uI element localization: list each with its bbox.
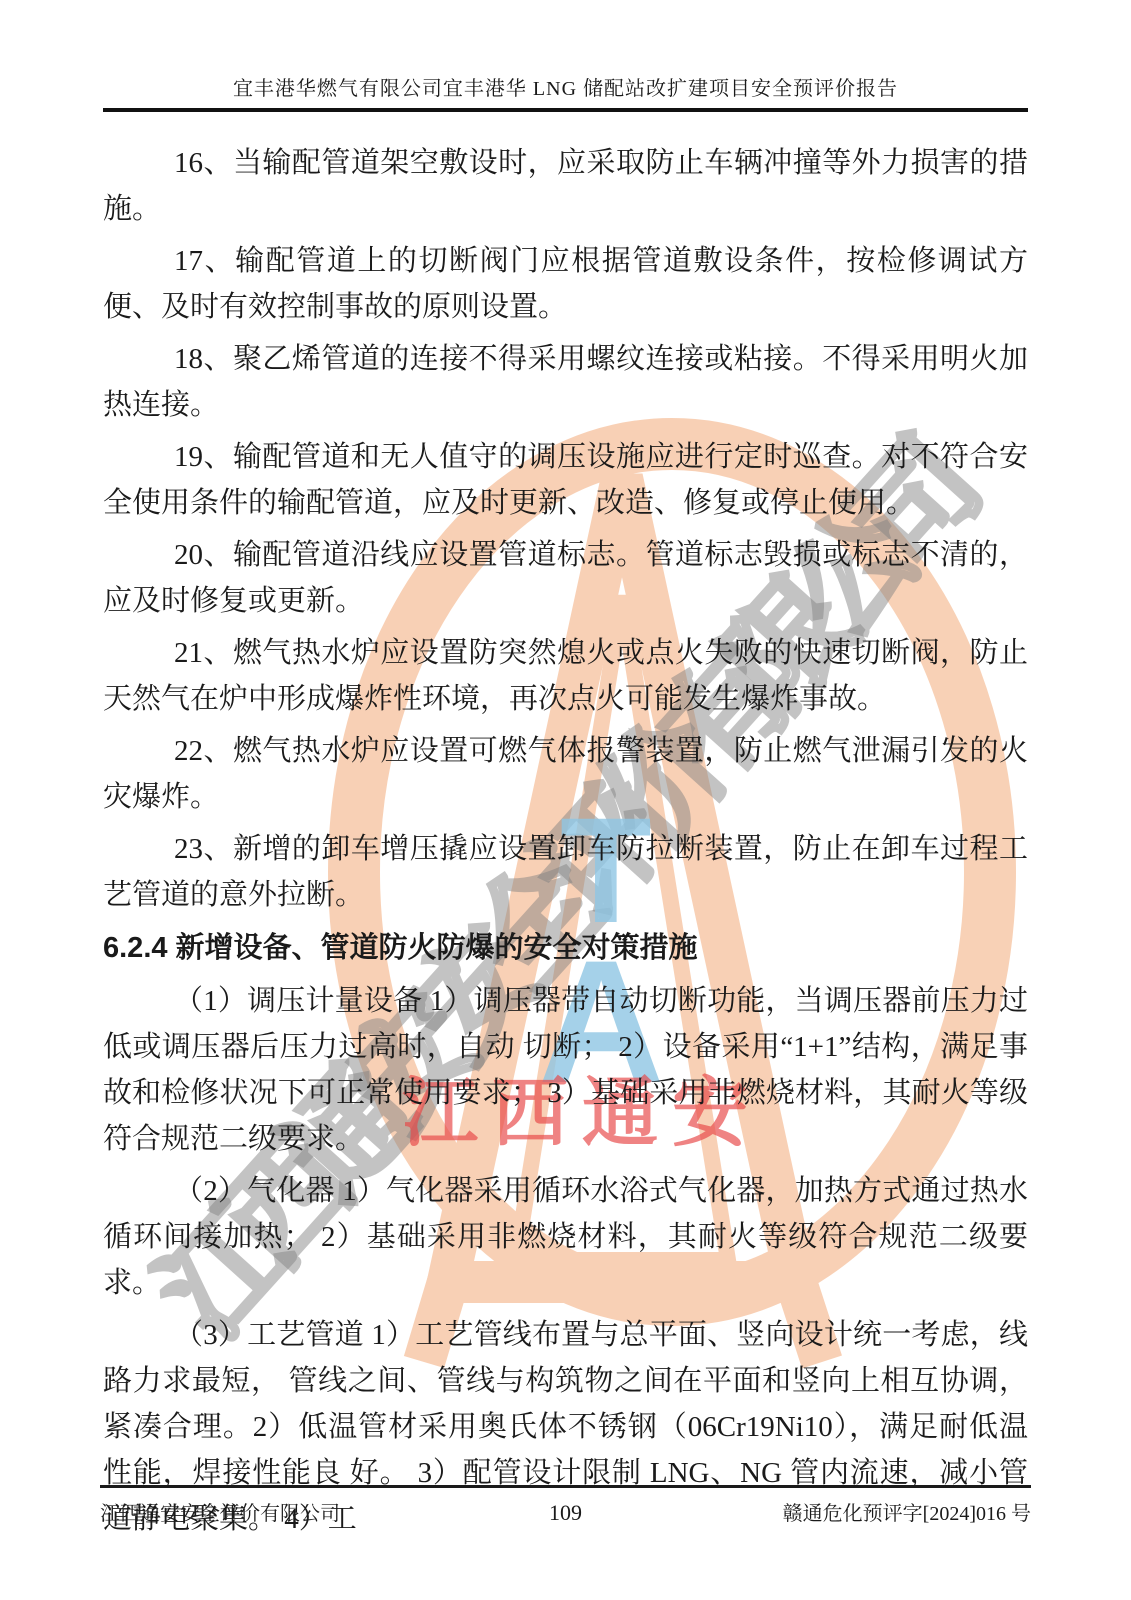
footer-doc-number: 赣通危化预评字[2024]016 号 [582,1497,1031,1526]
body-item-23: 23、新增的卸车增压撬应设置卸车防拉断装置，防止在卸车过程工艺管道的意外拉断。 [103,826,1028,918]
document-body: 16、当输配管道架空敷设时，应采取防止车辆冲撞等外力损害的措施。 17、输配管道… [103,140,1028,1548]
section-heading-6-2-4: 6.2.4 新增设备、管道防火防爆的安全对策措施 [103,924,1028,972]
body-item-19: 19、输配管道和无人值守的调压设施应进行定时巡查。对不符合安全使用条件的输配管道… [103,434,1028,526]
body-item-21: 21、燃气热水炉应设置防突然熄火或点火失败的快速切断阀，防止天然气在炉中形成爆炸… [103,630,1028,722]
body-item-22: 22、燃气热水炉应设置可燃气体报警装置，防止燃气泄漏引发的火灾爆炸。 [103,728,1028,820]
footer-company: 江西通安安全评价有限公司 [100,1497,549,1526]
page-footer: 江西通安安全评价有限公司 109 赣通危化预评字[2024]016 号 [100,1485,1031,1526]
body-item-20: 20、输配管道沿线应设置管道标志。管道标志毁损或标志不清的，应及时修复或更新。 [103,532,1028,624]
paragraph-regulating-equipment: （1）调压计量设备 1）调压器带自动切断功能，当调压器前压力过低或调压器后压力过… [103,978,1028,1162]
body-item-17: 17、输配管道上的切断阀门应根据管道敷设条件，按检修调试方便、及时有效控制事故的… [103,238,1028,330]
document-page: 江西通安安全评价有限公司 T A 江西通安 宜丰港华燃气有限公司宜丰港华 LNG… [0,0,1131,1600]
body-item-18: 18、聚乙烯管道的连接不得采用螺纹连接或粘接。不得采用明火加热连接。 [103,336,1028,428]
footer-page-number: 109 [549,1500,582,1526]
paragraph-vaporizer: （2）气化器 1）气化器采用循环水浴式气化器，加热方式通过热水循环间接加热； 2… [103,1168,1028,1306]
page-header: 宜丰港华燃气有限公司宜丰港华 LNG 储配站改扩建项目安全预评价报告 [103,72,1028,112]
page-header-title: 宜丰港华燃气有限公司宜丰港华 LNG 储配站改扩建项目安全预评价报告 [233,78,898,100]
body-item-16: 16、当输配管道架空敷设时，应采取防止车辆冲撞等外力损害的措施。 [103,140,1028,232]
